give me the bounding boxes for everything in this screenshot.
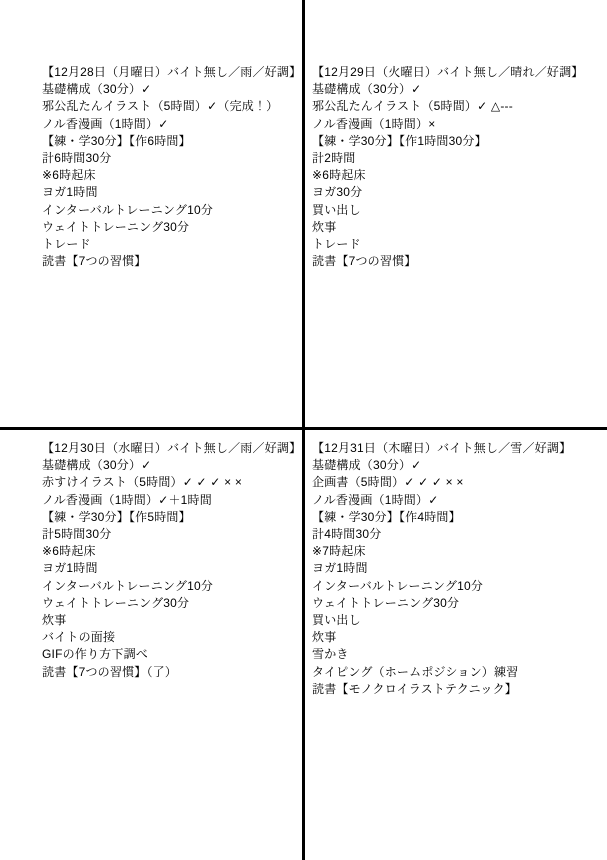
journal-line: トレード xyxy=(42,236,300,253)
journal-line: ※6時起床 xyxy=(42,167,300,184)
journal-line: トレード xyxy=(312,236,570,253)
journal-line: 基礎構成（30分）✓ xyxy=(42,81,300,98)
journal-line: ※7時起床 xyxy=(312,543,570,560)
journal-line: 読書【7つの習慣】 xyxy=(312,253,570,270)
journal-line: ウェイトトレーニング30分 xyxy=(42,219,300,236)
journal-line: ヨガ1時間 xyxy=(42,560,300,577)
journal-line: 邪公乱たんイラスト（5時間）✓（完成！） xyxy=(42,98,300,115)
journal-entry-title: 【12月31日（木曜日）バイト無し／雪／好調】 xyxy=(312,440,570,457)
journal-line: 基礎構成（30分）✓ xyxy=(42,457,300,474)
horizontal-divider xyxy=(0,427,607,430)
journal-line: ヨガ1時間 xyxy=(42,184,300,201)
journal-line: ※6時起床 xyxy=(312,167,570,184)
journal-line: 【練・学30分】【作4時間】 xyxy=(312,509,570,526)
journal-line: ※6時起床 xyxy=(42,543,300,560)
journal-line: 計4時間30分 xyxy=(312,526,570,543)
journal-entry-dec30: 【12月30日（水曜日）バイト無し／雨／好調】 基礎構成（30分）✓赤すけイラス… xyxy=(42,440,300,681)
journal-line: 【練・学30分】【作6時間】 xyxy=(42,133,300,150)
journal-entry-lines: 基礎構成（30分）✓邪公乱たんイラスト（5時間）✓ △---ノル香漫画（1時間）… xyxy=(312,81,570,270)
journal-line: 読書【7つの習慣】（了） xyxy=(42,664,300,681)
journal-line: 雪かき xyxy=(312,646,570,663)
vertical-divider xyxy=(302,0,305,860)
journal-line: 企画書（5時間）✓ ✓ ✓ × × xyxy=(312,474,570,491)
journal-entry-title: 【12月30日（水曜日）バイト無し／雨／好調】 xyxy=(42,440,300,457)
journal-line: インターバルトレーニング10分 xyxy=(42,202,300,219)
journal-line: 計2時間 xyxy=(312,150,570,167)
journal-line: バイトの面接 xyxy=(42,629,300,646)
journal-line: インターバルトレーニング10分 xyxy=(42,578,300,595)
journal-line: GIFの作り方下調べ xyxy=(42,646,300,663)
journal-line: 邪公乱たんイラスト（5時間）✓ △--- xyxy=(312,98,570,115)
journal-entry-title: 【12月28日（月曜日）バイト無し／雨／好調】 xyxy=(42,64,300,81)
journal-line: ヨガ1時間 xyxy=(312,560,570,577)
journal-line: 基礎構成（30分）✓ xyxy=(312,81,570,98)
journal-line: 赤すけイラスト（5時間）✓ ✓ ✓ × × xyxy=(42,474,300,491)
journal-entry-title: 【12月29日（火曜日）バイト無し／晴れ／好調】 xyxy=(312,64,570,81)
journal-line: タイピング（ホームポジション）練習 xyxy=(312,664,570,681)
journal-entry-dec28: 【12月28日（月曜日）バイト無し／雨／好調】 基礎構成（30分）✓邪公乱たんイ… xyxy=(42,64,300,270)
journal-line: ヨガ30分 xyxy=(312,184,570,201)
journal-entry-dec31: 【12月31日（木曜日）バイト無し／雪／好調】 基礎構成（30分）✓企画書（5時… xyxy=(312,440,570,698)
journal-line: ノル香漫画（1時間）× xyxy=(312,116,570,133)
journal-entry-lines: 基礎構成（30分）✓企画書（5時間）✓ ✓ ✓ × ×ノル香漫画（1時間）✓【練… xyxy=(312,457,570,698)
journal-line: 炊事 xyxy=(312,629,570,646)
journal-line: 【練・学30分】【作5時間】 xyxy=(42,509,300,526)
journal-line: 読書【7つの習慣】 xyxy=(42,253,300,270)
journal-line: インターバルトレーニング10分 xyxy=(312,578,570,595)
journal-line: 炊事 xyxy=(42,612,300,629)
journal-line: 基礎構成（30分）✓ xyxy=(312,457,570,474)
journal-entry-lines: 基礎構成（30分）✓邪公乱たんイラスト（5時間）✓（完成！）ノル香漫画（1時間）… xyxy=(42,81,300,270)
journal-line: 【練・学30分】【作1時間30分】 xyxy=(312,133,570,150)
journal-line: 炊事 xyxy=(312,219,570,236)
journal-line: ウェイトトレーニング30分 xyxy=(42,595,300,612)
journal-entry-lines: 基礎構成（30分）✓赤すけイラスト（5時間）✓ ✓ ✓ × ×ノル香漫画（1時間… xyxy=(42,457,300,681)
journal-line: 買い出し xyxy=(312,612,570,629)
journal-line: 買い出し xyxy=(312,202,570,219)
journal-entry-dec29: 【12月29日（火曜日）バイト無し／晴れ／好調】 基礎構成（30分）✓邪公乱たん… xyxy=(312,64,570,270)
journal-line: 読書【モノクロイラストテクニック】 xyxy=(312,681,570,698)
journal-line: 計5時間30分 xyxy=(42,526,300,543)
journal-line: ウェイトトレーニング30分 xyxy=(312,595,570,612)
journal-line: 計6時間30分 xyxy=(42,150,300,167)
journal-line: ノル香漫画（1時間）✓ xyxy=(42,116,300,133)
journal-line: ノル香漫画（1時間）✓ xyxy=(312,492,570,509)
journal-line: ノル香漫画（1時間）✓＋1時間 xyxy=(42,492,300,509)
